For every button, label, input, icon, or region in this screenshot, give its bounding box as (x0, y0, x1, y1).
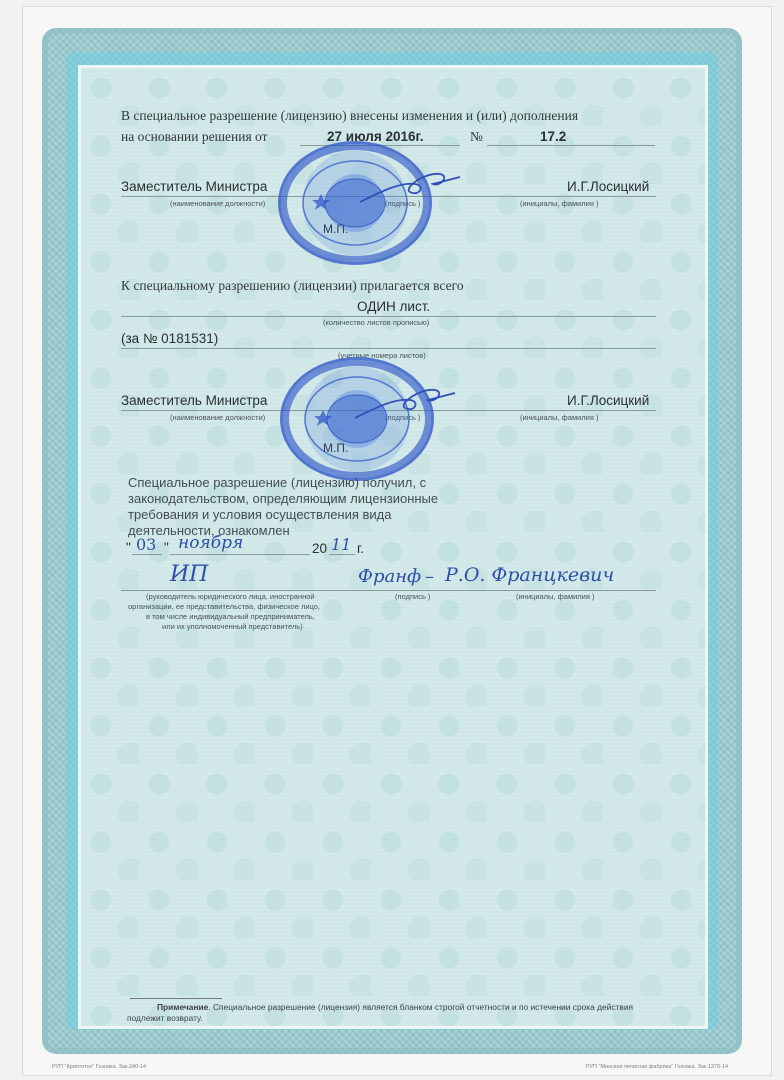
quote-open: " (126, 540, 131, 555)
holder-signature: Франф (358, 566, 421, 587)
decision-number: 17.2 (540, 129, 566, 144)
holder-caption-line: организации, ее представительства, физич… (128, 602, 320, 611)
holder-name: Р.О. Францкевич (445, 564, 614, 586)
printer-imprint-right: РУП "Минская печатная фабрика" Гознака. … (586, 1064, 728, 1070)
handwritten-holder-position: ИП (170, 562, 208, 587)
number-sign: № (470, 129, 483, 145)
position-caption-2: (наименование должности) (170, 413, 265, 422)
signer-name: И.Г.Лосицкий (567, 179, 649, 194)
position-caption: (наименование должности) (170, 199, 265, 208)
holder-caption-line: или их уполномоченный представитель) (162, 622, 303, 631)
name-caption: (инициалы, фамилия ) (520, 199, 599, 208)
year-prefix: 20 (312, 541, 327, 556)
footnote: Примечание. Специальное разрешение (лице… (157, 1002, 633, 1012)
year-line (329, 554, 355, 555)
attachment-intro: К специальному разрешению (лицензии) при… (121, 278, 464, 294)
holder-line (121, 590, 656, 591)
holder-caption-line: (руководитель юридического лица, иностра… (146, 592, 315, 601)
minister-signature-2 (350, 378, 460, 428)
footnote-label: Примечание (157, 1002, 208, 1012)
ack-line: Специальное разрешение (лицензию) получи… (128, 475, 426, 490)
holder-name-caption: (инициалы, фамилия ) (516, 592, 595, 601)
day-line (132, 554, 162, 555)
year-unit: г. (357, 541, 364, 556)
signer-position-2: Заместитель Министра (121, 393, 267, 408)
sheet-numbers: (за № 0181531) (121, 331, 218, 346)
handwritten-year: 11 (331, 535, 351, 554)
sheet-count: ОДИН лист. (357, 299, 430, 314)
handwritten-month: ноября (178, 533, 243, 553)
minister-signature-1 (355, 162, 465, 212)
sheet-numbers-line (121, 348, 656, 349)
name-caption-2: (инициалы, фамилия ) (520, 413, 599, 422)
signer-name-2: И.Г.Лосицкий (567, 393, 649, 408)
signer-position: Заместитель Министра (121, 179, 267, 194)
holder-signature-caption: (подпись ) (395, 592, 430, 601)
signature-dash: – (425, 566, 434, 587)
ack-line: законодательством, определяющим лицензио… (128, 491, 438, 506)
sheet-count-line (121, 316, 656, 317)
sheet-count-caption: (количество листов прописью) (323, 318, 429, 327)
quote-close: " (164, 540, 169, 555)
footnote-text: . Специальное разрешение (лицензия) явля… (208, 1002, 633, 1012)
amendment-intro-line2: на основании решения от (121, 129, 268, 145)
ack-line: требования и условия осуществления вида (128, 507, 392, 522)
handwritten-day: 03 (136, 535, 156, 554)
printer-imprint-left: РУП "Криптотех" Гознака. Зак.340-14 (52, 1064, 146, 1070)
footnote-rule (130, 998, 222, 999)
footnote-line2: подлежит возврату. (127, 1013, 203, 1023)
decision-number-line (487, 145, 655, 146)
amendment-intro-line1: В специальное разрешение (лицензию) внес… (121, 108, 578, 124)
holder-caption-line: в том числе индивидуальный предпринимате… (146, 612, 315, 621)
month-line (170, 554, 310, 555)
